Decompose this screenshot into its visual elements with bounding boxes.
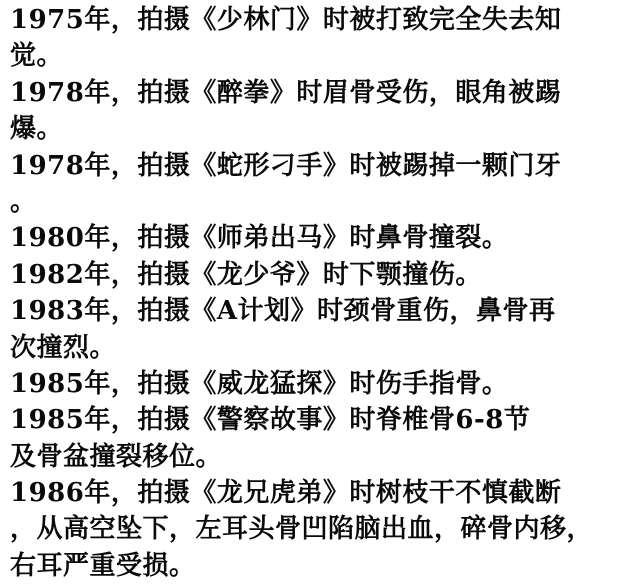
text-line: 1975年，拍摄《少林门》时被打致完全失去知	[10, 2, 635, 38]
text-line: 1986年，拍摄《龙兄虎弟》时树枝干不慎截断	[10, 475, 635, 511]
text-line: ，从高空坠下，左耳头骨凹陷脑出血，碎骨内移，	[10, 511, 635, 547]
text-line: 次撞烈。	[10, 330, 635, 366]
text-line: 1982年，拍摄《龙少爷》时下颚撞伤。	[10, 257, 635, 293]
text-line: 右耳严重受损。	[10, 548, 635, 584]
text-line: 1980年，拍摄《师弟出马》时鼻骨撞裂。	[10, 220, 635, 256]
text-line: 。	[10, 184, 635, 220]
text-line: 及骨盆撞裂移位。	[10, 439, 635, 475]
text-line: 1978年，拍摄《醉拳》时眉骨受伤，眼角被踢	[10, 75, 635, 111]
text-line: 1985年，拍摄《威龙猛探》时伤手指骨。	[10, 366, 635, 402]
injury-history-text: 1975年，拍摄《少林门》时被打致完全失去知 觉。 1978年，拍摄《醉拳》时眉…	[10, 2, 635, 584]
text-line: 1983年，拍摄《A计划》时颈骨重伤，鼻骨再	[10, 293, 635, 329]
text-line: 爆。	[10, 111, 635, 147]
text-line: 1978年，拍摄《蛇形刁手》时被踢掉一颗门牙	[10, 148, 635, 184]
text-line: 觉。	[10, 38, 635, 74]
text-line: 1985年，拍摄《警察故事》时脊椎骨6-8节	[10, 402, 635, 438]
